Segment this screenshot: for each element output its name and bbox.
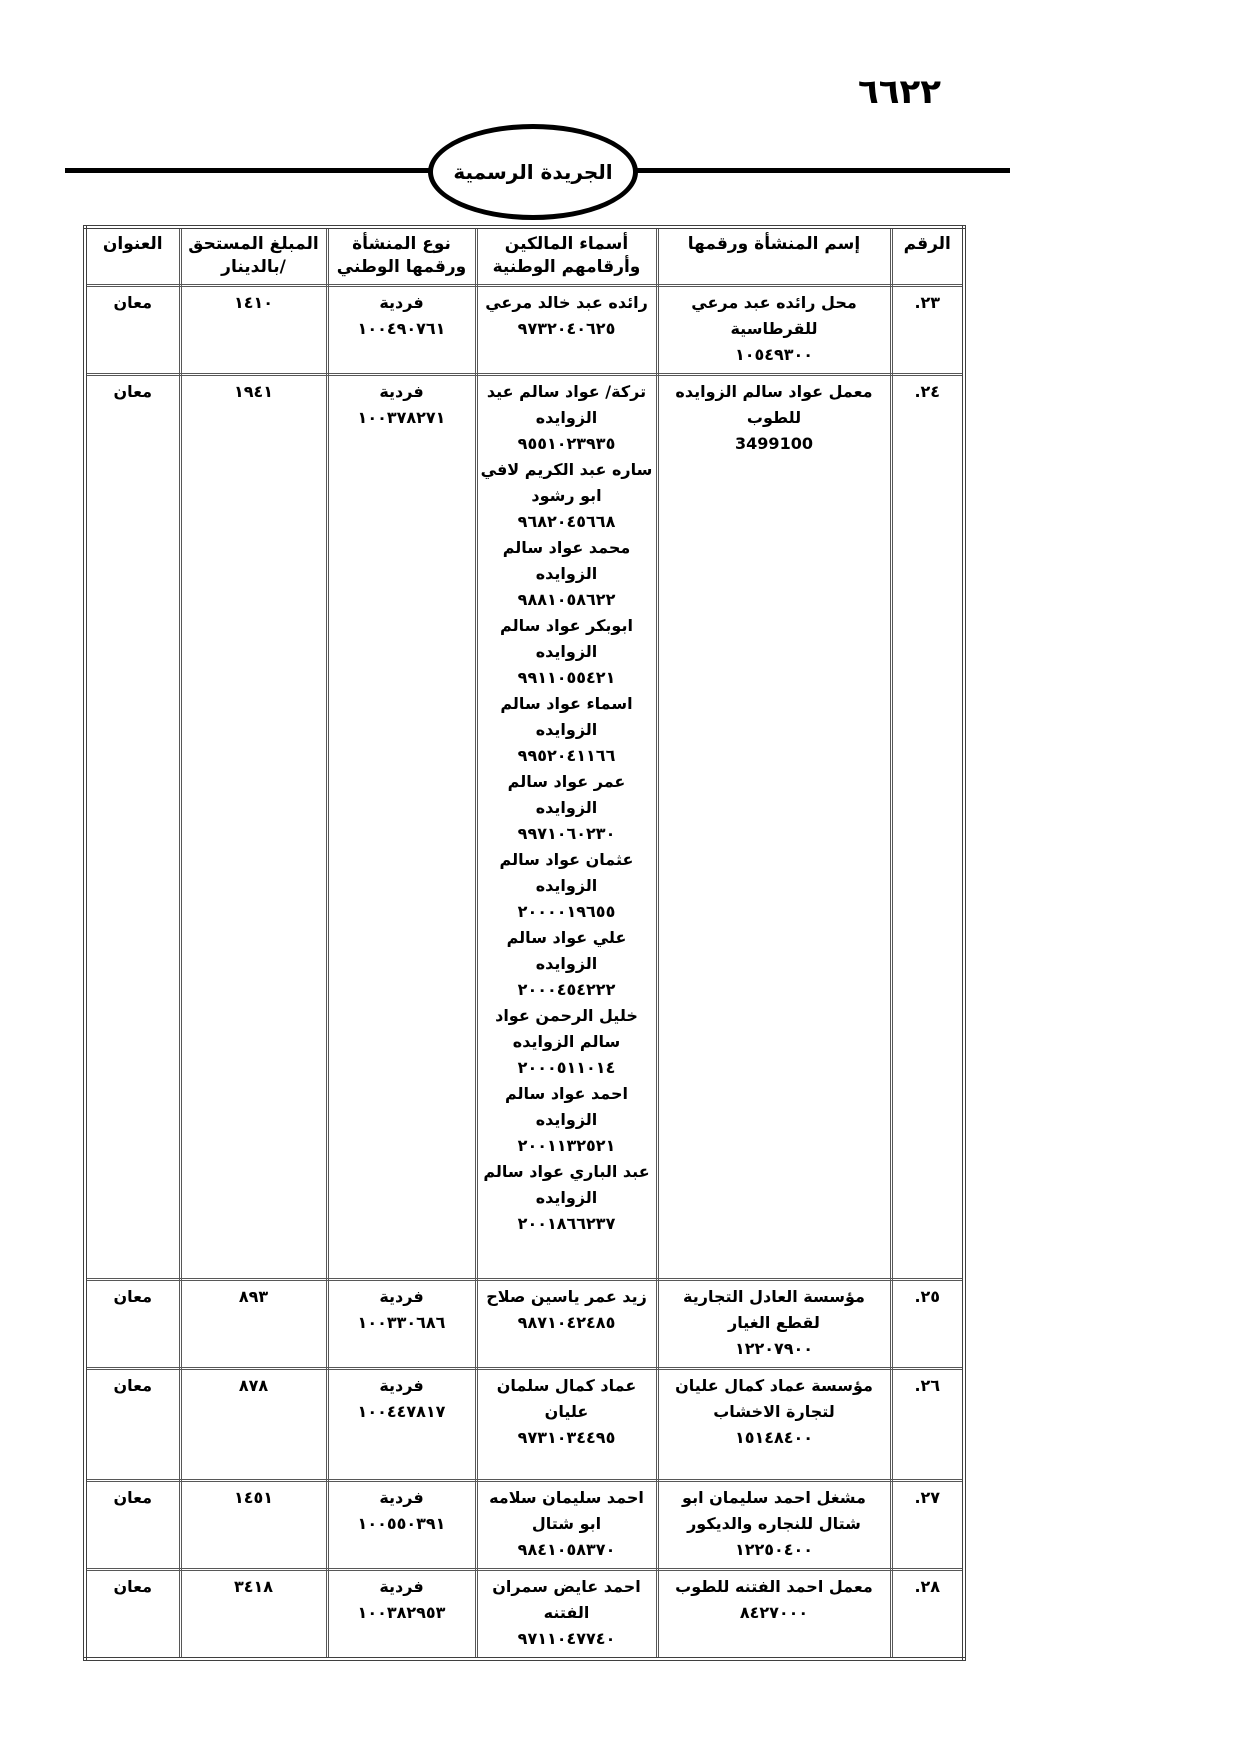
establishment-name: مؤسسة عماد كمال عليان لتجارة الاخشاب <box>661 1373 888 1425</box>
establishment-cell: مؤسسة عماد كمال عليان لتجارة الاخشاب ١٥١… <box>657 1369 891 1481</box>
establishment-number: ١٠٥٤٩٣٠٠ <box>661 342 888 368</box>
owner-national-number: ٩٧٣١٠٣٤٤٩٥ <box>480 1425 654 1451</box>
establishment-cell: معمل عواد سالم الزوايده للطوب 3499100 <box>657 375 891 1280</box>
owner-national-number: ٩٥٥١٠٢٣٩٣٥ <box>480 431 654 457</box>
owner-name: احمد سليمان سلامه ابو شتال <box>480 1485 654 1537</box>
table-row: ٢٤. معمل عواد سالم الزوايده للطوب 349910… <box>85 375 964 1280</box>
establishment-type: فردية <box>331 1574 473 1600</box>
amount-due: ٣٤١٨ <box>234 1577 273 1596</box>
col-header-number-label: الرقم <box>895 233 961 256</box>
owner-national-number: ٩٩٥٢٠٤١١٦٦ <box>480 743 654 769</box>
col-header-address-label: العنوان <box>89 233 177 256</box>
col-header-amount: المبلغ المستحق /بالدينار <box>180 227 327 286</box>
address-cell: معان <box>85 1481 180 1570</box>
table-body: ٢٣. محل رائده عبد مرعي للقرطاسية ١٠٥٤٩٣٠… <box>85 286 964 1660</box>
amount-cell: ١٤١٠ <box>180 286 327 375</box>
records-table: الرقم إسم المنشأة ورقمها أسماء المالكين … <box>83 225 966 1661</box>
col-header-amount-line2: /بالدينار <box>184 256 324 279</box>
establishment-name: مؤسسة العادل التجارية لقطع الغيار <box>661 1284 888 1336</box>
owner-name: زيد عمر ياسين صلاح <box>480 1284 654 1310</box>
row-number-cell: ٢٤. <box>891 375 964 1280</box>
establishment-type: فردية <box>331 1373 473 1399</box>
col-header-owners-line2: وأرقامهم الوطنية <box>480 256 654 279</box>
establishment-number: ١٥١٤٨٤٠٠ <box>661 1425 888 1451</box>
table-row: ٢٣. محل رائده عبد مرعي للقرطاسية ١٠٥٤٩٣٠… <box>85 286 964 375</box>
owner-name: خليل الرحمن عواد سالم الزوايده <box>480 1003 654 1055</box>
owner-national-number: ٩٨٤١٠٥٨٣٧٠ <box>480 1537 654 1563</box>
establishment-type: فردية <box>331 379 473 405</box>
amount-due: ١٤١٠ <box>234 293 273 312</box>
owner-national-number: ٢٠٠١١٣٢٥٢١ <box>480 1133 654 1159</box>
amount-cell: ٨٩٣ <box>180 1280 327 1369</box>
type-national-number: ١٠٠٣٨٢٩٥٣ <box>331 1600 473 1626</box>
owner-name: اسماء عواد سالم الزوايده <box>480 691 654 743</box>
row-number: ٢٧. <box>914 1488 940 1507</box>
address-cell: معان <box>85 1570 180 1660</box>
establishment-type: فردية <box>331 1284 473 1310</box>
address: معان <box>113 1287 152 1306</box>
owner-national-number: ٢٠٠٠٠١٩٦٥٥ <box>480 899 654 925</box>
owner-national-number: ٩٧٣٢٠٤٠٦٢٥ <box>480 316 654 342</box>
amount-due: ١٤٥١ <box>234 1488 273 1507</box>
col-header-owners-line1: أسماء المالكين <box>480 233 654 256</box>
owner-name: عمر عواد سالم الزوايده <box>480 769 654 821</box>
owner-national-number: ٩٩١١٠٥٥٤٢١ <box>480 665 654 691</box>
row-number-cell: ٢٧. <box>891 1481 964 1570</box>
type-cell: فردية ١٠٠٤٩٠٧٦١ <box>327 286 476 375</box>
owner-name: ساره عبد الكريم لافي ابو رشود <box>480 457 654 509</box>
owner-national-number: ٢٠٠٠٤٥٤٢٢٢ <box>480 977 654 1003</box>
establishment-type: فردية <box>331 1485 473 1511</box>
type-cell: فردية ١٠٠٣٨٢٩٥٣ <box>327 1570 476 1660</box>
owner-name: رائده عبد خالد مرعي <box>480 290 654 316</box>
owner-national-number: ٩٩٧١٠٦٠٢٣٠ <box>480 821 654 847</box>
owner-name: احمد عواد سالم الزوايده <box>480 1081 654 1133</box>
type-national-number: ١٠٠٤٩٠٧٦١ <box>331 316 473 342</box>
establishment-cell: معمل احمد الفتنه للطوب ٨٤٢٧٠٠٠ <box>657 1570 891 1660</box>
address: معان <box>113 1488 152 1507</box>
table-row: ٢٦. مؤسسة عماد كمال عليان لتجارة الاخشاب… <box>85 1369 964 1481</box>
establishment-number: ١٢٢٠٧٩٠٠ <box>661 1336 888 1362</box>
col-header-number: الرقم <box>891 227 964 286</box>
establishment-number: 3499100 <box>661 431 888 457</box>
row-number-cell: ٢٦. <box>891 1369 964 1481</box>
owner-name: عثمان عواد سالم الزوايده <box>480 847 654 899</box>
owners-cell: زيد عمر ياسين صلاح٩٨٧١٠٤٢٤٨٥ <box>476 1280 657 1369</box>
address: معان <box>113 293 152 312</box>
col-header-owners: أسماء المالكين وأرقامهم الوطنية <box>476 227 657 286</box>
col-header-address: العنوان <box>85 227 180 286</box>
address-cell: معان <box>85 375 180 1280</box>
table-row: ٢٥. مؤسسة العادل التجارية لقطع الغيار ١٢… <box>85 1280 964 1369</box>
type-national-number: ١٠٠٣٧٨٢٧١ <box>331 405 473 431</box>
col-header-establishment-label: إسم المنشأة ورقمها <box>661 233 888 256</box>
table-row: ٢٧. مشغل احمد سليمان ابو شتال للنجاره وا… <box>85 1481 964 1570</box>
owner-name: تركة/ عواد سالم عيد الزوايده <box>480 379 654 431</box>
row-number-cell: ٢٥. <box>891 1280 964 1369</box>
owners-cell: احمد عايض سمران الفتنه٩٧١١٠٤٧٧٤٠ <box>476 1570 657 1660</box>
address-cell: معان <box>85 1280 180 1369</box>
address-cell: معان <box>85 286 180 375</box>
row-number: ٢٦. <box>914 1376 940 1395</box>
owner-national-number: ٩٨٧١٠٤٢٤٨٥ <box>480 1310 654 1336</box>
owner-national-number: ٩٧١١٠٤٧٧٤٠ <box>480 1626 654 1652</box>
owners-cell: تركة/ عواد سالم عيد الزوايده٩٥٥١٠٢٣٩٣٥سا… <box>476 375 657 1280</box>
owner-name: علي عواد سالم الزوايده <box>480 925 654 977</box>
owners-cell: احمد سليمان سلامه ابو شتال٩٨٤١٠٥٨٣٧٠ <box>476 1481 657 1570</box>
row-number: ٢٥. <box>914 1287 940 1306</box>
type-national-number: ١٠٠٤٤٧٨١٧ <box>331 1399 473 1425</box>
address-cell: معان <box>85 1369 180 1481</box>
amount-cell: ١٩٤١ <box>180 375 327 1280</box>
amount-cell: ١٤٥١ <box>180 1481 327 1570</box>
establishment-number: ١٢٢٥٠٤٠٠ <box>661 1537 888 1563</box>
type-cell: فردية ١٠٠٥٥٠٣٩١ <box>327 1481 476 1570</box>
amount-due: ٨٧٨ <box>239 1376 268 1395</box>
establishment-cell: مؤسسة العادل التجارية لقطع الغيار ١٢٢٠٧٩… <box>657 1280 891 1369</box>
gazette-title-oval: الجريدة الرسمية <box>428 124 638 220</box>
row-number-cell: ٢٣. <box>891 286 964 375</box>
establishment-number: ٨٤٢٧٠٠٠ <box>661 1600 888 1626</box>
col-header-type-line2: ورقمها الوطني <box>331 256 473 279</box>
row-number: ٢٣. <box>914 293 940 312</box>
table-header-row: الرقم إسم المنشأة ورقمها أسماء المالكين … <box>85 227 964 286</box>
row-number-cell: ٢٨. <box>891 1570 964 1660</box>
establishment-cell: محل رائده عبد مرعي للقرطاسية ١٠٥٤٩٣٠٠ <box>657 286 891 375</box>
owner-name: محمد عواد سالم الزوايده <box>480 535 654 587</box>
type-national-number: ١٠٠٣٣٠٦٨٦ <box>331 1310 473 1336</box>
owner-national-number: ٢٠٠٠٥١١٠١٤ <box>480 1055 654 1081</box>
col-header-type: نوع المنشأة ورقمها الوطني <box>327 227 476 286</box>
col-header-type-line1: نوع المنشأة <box>331 233 473 256</box>
owner-name: عبد الباري عواد سالم الزوايده <box>480 1159 654 1211</box>
type-cell: فردية ١٠٠٣٧٨٢٧١ <box>327 375 476 1280</box>
address: معان <box>113 1376 152 1395</box>
owners-cell: عماد كمال سلمان عليان٩٧٣١٠٣٤٤٩٥ <box>476 1369 657 1481</box>
page-number: ٦٦٢٢ <box>858 72 941 112</box>
amount-due: ١٩٤١ <box>234 382 273 401</box>
establishment-type: فردية <box>331 290 473 316</box>
gazette-page: ٦٦٢٢ الجريدة الرسمية الرقم إسم المنشأة و… <box>0 0 1241 1755</box>
establishment-name: محل رائده عبد مرعي للقرطاسية <box>661 290 888 342</box>
row-number: ٢٨. <box>914 1577 940 1596</box>
type-cell: فردية ١٠٠٤٤٧٨١٧ <box>327 1369 476 1481</box>
address: معان <box>113 382 152 401</box>
establishment-cell: مشغل احمد سليمان ابو شتال للنجاره والديك… <box>657 1481 891 1570</box>
establishment-name: معمل عواد سالم الزوايده للطوب <box>661 379 888 431</box>
col-header-establishment: إسم المنشأة ورقمها <box>657 227 891 286</box>
amount-cell: ٨٧٨ <box>180 1369 327 1481</box>
owner-national-number: ٢٠٠١٨٦٦٢٣٧ <box>480 1211 654 1237</box>
establishment-name: مشغل احمد سليمان ابو شتال للنجاره والديك… <box>661 1485 888 1537</box>
amount-cell: ٣٤١٨ <box>180 1570 327 1660</box>
establishment-name: معمل احمد الفتنه للطوب <box>661 1574 888 1600</box>
col-header-amount-line1: المبلغ المستحق <box>184 233 324 256</box>
type-national-number: ١٠٠٥٥٠٣٩١ <box>331 1511 473 1537</box>
row-number: ٢٤. <box>914 382 940 401</box>
address: معان <box>113 1577 152 1596</box>
owner-name: ابوبكر عواد سالم الزوايده <box>480 613 654 665</box>
gazette-title: الجريدة الرسمية <box>453 160 612 184</box>
owner-national-number: ٩٦٨٢٠٤٥٦٦٨ <box>480 509 654 535</box>
table-row: ٢٨. معمل احمد الفتنه للطوب ٨٤٢٧٠٠٠ احمد … <box>85 1570 964 1660</box>
owners-cell: رائده عبد خالد مرعي٩٧٣٢٠٤٠٦٢٥ <box>476 286 657 375</box>
owner-name: احمد عايض سمران الفتنه <box>480 1574 654 1626</box>
type-cell: فردية ١٠٠٣٣٠٦٨٦ <box>327 1280 476 1369</box>
amount-due: ٨٩٣ <box>239 1287 268 1306</box>
owner-national-number: ٩٨٨١٠٥٨٦٢٢ <box>480 587 654 613</box>
owner-name: عماد كمال سلمان عليان <box>480 1373 654 1425</box>
